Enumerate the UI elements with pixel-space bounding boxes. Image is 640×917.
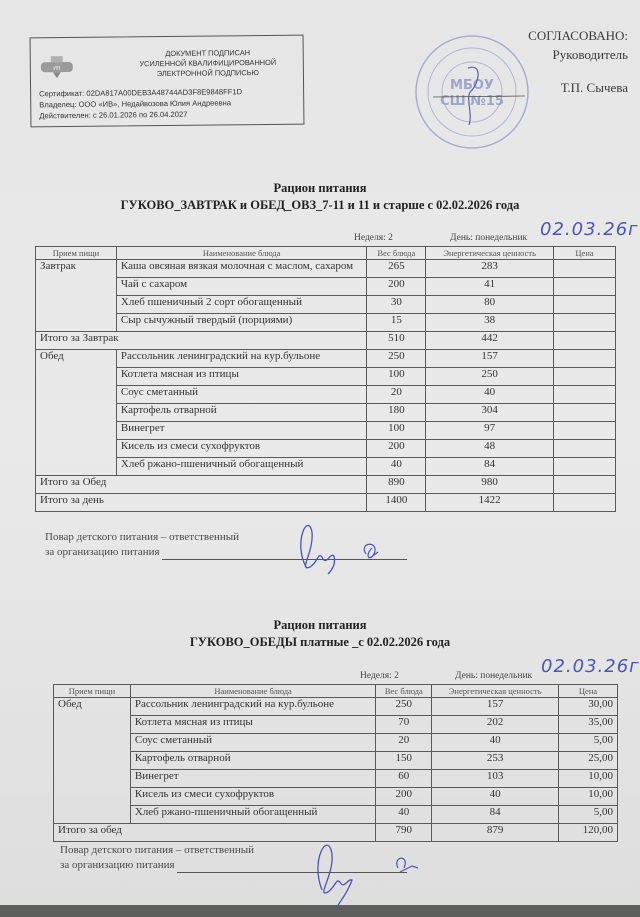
dish-energy: 304: [426, 404, 554, 422]
menu1-day: День: понедельник: [450, 233, 527, 243]
table-row: Картофель отварной180304: [36, 404, 616, 422]
approval-position: Руководитель: [528, 45, 628, 64]
day-total-row: Итого за день14001422: [36, 494, 616, 512]
column-header: Цена: [554, 247, 616, 260]
dish-price: [554, 368, 616, 386]
dish-name: Чай с сахаром: [116, 278, 366, 296]
day-total-energy: 1422: [426, 494, 554, 512]
table-row: Соус сметанный2040: [36, 386, 616, 404]
dish-name: Котлета мясная из птицы: [130, 716, 375, 734]
dish-weight: 70: [376, 716, 432, 734]
table-row: Сыр сычужный твердый (порциями)1538: [36, 314, 616, 332]
dish-name: Котлета мясная из птицы: [116, 368, 366, 386]
cook-title-continued: за организацию питания: [45, 546, 160, 558]
dish-energy: 202: [432, 716, 559, 734]
table-row: Хлеб пшеничный 2 сорт обогащенный3080: [36, 296, 616, 314]
table-row: Кисель из смеси сухофруктов2004010,00: [54, 788, 618, 806]
dish-name: Кисель из смеси сухофруктов: [116, 440, 366, 458]
table-row: Котлета мясная из птицы7020235,00: [54, 716, 618, 734]
dish-weight: 180: [367, 404, 426, 422]
dish-price: [554, 350, 616, 368]
total-price: [554, 476, 616, 494]
dish-energy: 84: [432, 806, 559, 824]
dish-weight: 20: [376, 734, 432, 752]
column-header: Прием пищи: [54, 685, 131, 698]
dish-weight: 200: [367, 278, 426, 296]
dish-price: 30,00: [559, 698, 618, 716]
electronic-signature-box: ИВ ДОКУМЕНТ ПОДПИСАН УСИЛЕННОЙ КВАЛИФИЦИ…: [30, 35, 305, 128]
dish-price: [554, 458, 616, 476]
menu2-subtitle: ГУКОВО_ОБЕДЫ платные _с 02.02.2026 года: [0, 634, 640, 650]
dish-price: 25,00: [559, 752, 618, 770]
dish-energy: 84: [426, 458, 554, 476]
dish-price: 10,00: [559, 788, 618, 806]
dish-energy: 283: [426, 260, 554, 278]
dish-energy: 157: [426, 350, 554, 368]
company-logo-icon: ИВ: [39, 54, 75, 80]
dish-price: 10,00: [559, 770, 618, 788]
certificate-validity: Действителен: с 26.01.2026 по 26.04.2027: [39, 108, 242, 121]
cook-signature-icon: [288, 512, 408, 582]
menu2-week: Неделя: 2: [360, 671, 399, 681]
dish-weight: 15: [367, 314, 426, 332]
table-row: Хлеб ржано-пшеничный обогащенный4084: [36, 458, 616, 476]
approval-name: Т.П. Сычева: [528, 78, 628, 97]
dish-name: Винегрет: [130, 770, 375, 788]
total-weight: 890: [367, 476, 426, 494]
dish-price: [554, 386, 616, 404]
menu1-handwritten-date: 02.03.26г: [540, 219, 639, 240]
dish-name: Картофель отварной: [116, 404, 366, 422]
menu1-subtitle: ГУКОВО_ЗАВТРАК и ОБЕД_ОВЗ_7-11 и 11 и ст…: [0, 197, 640, 213]
table-row: Кисель из смеси сухофруктов20048: [36, 440, 616, 458]
dish-weight: 40: [367, 458, 426, 476]
dish-energy: 40: [432, 734, 559, 752]
menu1-table: Прием пищиНаименование блюдаВес блюдаЭне…: [35, 246, 616, 512]
dish-price: 5,00: [559, 806, 618, 824]
dish-price: [554, 314, 616, 332]
day-total-label: Итого за день: [36, 494, 367, 512]
dish-price: [554, 422, 616, 440]
dish-weight: 265: [367, 260, 426, 278]
dish-name: Картофель отварной: [130, 752, 375, 770]
menu1-week: Неделя: 2: [354, 233, 393, 243]
total-price: 120,00: [559, 824, 618, 842]
dish-price: [554, 404, 616, 422]
approval-block: СОГЛАСОВАНО: Руководитель Т.П. Сычева: [528, 26, 628, 97]
table-row: Винегрет10097: [36, 422, 616, 440]
table-row: ОбедРассольник ленинградский на кур.буль…: [36, 350, 616, 368]
menu2-table: Прием пищиНаименование блюдаВес блюдаЭне…: [53, 684, 618, 842]
column-header: Энергетическая ценность: [426, 247, 554, 260]
meal-name: Обед: [36, 350, 117, 476]
dish-weight: 100: [367, 422, 426, 440]
table-header-row: Прием пищиНаименование блюдаВес блюдаЭне…: [54, 685, 618, 698]
total-row: Итого за Обед890980: [36, 476, 616, 494]
dish-weight: 250: [367, 350, 426, 368]
dish-energy: 97: [426, 422, 554, 440]
dish-energy: 40: [432, 788, 559, 806]
dish-name: Хлеб ржано-пшеничный обогащенный: [130, 806, 375, 824]
total-price: [554, 332, 616, 350]
total-weight: 510: [367, 332, 426, 350]
dish-energy: 48: [426, 440, 554, 458]
dish-weight: 30: [367, 296, 426, 314]
svg-text:ИВ: ИВ: [53, 66, 61, 72]
menu2-title: Рацион питания: [0, 617, 640, 633]
day-total-price: [554, 494, 616, 512]
dish-energy: 103: [432, 770, 559, 788]
table-row: Картофель отварной15025325,00: [54, 752, 618, 770]
column-header: Наименование блюда: [116, 247, 366, 260]
table-header-row: Прием пищиНаименование блюдаВес блюдаЭне…: [36, 247, 616, 260]
total-row: Итого за Завтрак510442: [36, 332, 616, 350]
table-row: Котлета мясная из птицы100250: [36, 368, 616, 386]
dish-weight: 150: [376, 752, 432, 770]
total-label: Итого за Обед: [36, 476, 367, 494]
dish-price: [554, 278, 616, 296]
dish-name: Сыр сычужный твердый (порциями): [116, 314, 366, 332]
dish-name: Хлеб пшеничный 2 сорт обогащенный: [116, 296, 366, 314]
dish-name: Каша овсяная вязкая молочная с маслом, с…: [116, 260, 366, 278]
dish-price: [554, 260, 616, 278]
approval-label: СОГЛАСОВАНО:: [528, 26, 628, 45]
dish-weight: 60: [376, 770, 432, 788]
dish-weight: 20: [367, 386, 426, 404]
table-row: ЗавтракКаша овсяная вязкая молочная с ма…: [36, 260, 616, 278]
day-total-weight: 1400: [367, 494, 426, 512]
table-row: Соус сметанный20405,00: [54, 734, 618, 752]
esignature-heading-line: ЭЛЕКТРОННОЙ ПОДПИСЬЮ: [123, 68, 293, 80]
table-row: Хлеб ржано-пшеничный обогащенный40845,00: [54, 806, 618, 824]
dish-weight: 250: [376, 698, 432, 716]
dish-weight: 40: [376, 806, 432, 824]
dish-weight: 200: [367, 440, 426, 458]
column-header: Цена: [559, 685, 618, 698]
menu2-handwritten-date: 02.03.26г.: [541, 656, 640, 677]
esignature-heading: ДОКУМЕНТ ПОДПИСАН УСИЛЕННОЙ КВАЛИФИЦИРОВ…: [123, 48, 293, 80]
dish-energy: 41: [426, 278, 554, 296]
cook-title-continued: за организацию питания: [60, 859, 175, 871]
dish-energy: 38: [426, 314, 554, 332]
meal-name: Завтрак: [36, 260, 117, 332]
official-stamp-icon: МБОУ СШ №15: [413, 33, 531, 151]
total-energy: 980: [426, 476, 554, 494]
column-header: Вес блюда: [376, 685, 432, 698]
table-row: Винегрет6010310,00: [54, 770, 618, 788]
total-energy: 879: [432, 824, 559, 842]
dish-name: Хлеб ржано-пшеничный обогащенный: [116, 458, 366, 476]
dish-name: Винегрет: [116, 422, 366, 440]
dish-energy: 80: [426, 296, 554, 314]
dish-price: 5,00: [559, 734, 618, 752]
table-row: ОбедРассольник ленинградский на кур.буль…: [54, 698, 618, 716]
cook-signature-icon: [300, 830, 450, 910]
column-header: Энергетическая ценность: [432, 685, 559, 698]
column-header: Наименование блюда: [130, 685, 375, 698]
dish-energy: 253: [432, 752, 559, 770]
column-header: Вес блюда: [367, 247, 426, 260]
dish-price: [554, 440, 616, 458]
meal-name: Обед: [54, 698, 131, 824]
dish-price: 35,00: [559, 716, 618, 734]
menu2-day: День: понедельник: [455, 671, 532, 681]
dish-name: Кисель из смеси сухофруктов: [130, 788, 375, 806]
total-energy: 442: [426, 332, 554, 350]
column-header: Прием пищи: [36, 247, 117, 260]
dish-weight: 100: [367, 368, 426, 386]
dish-price: [554, 296, 616, 314]
dish-energy: 250: [426, 368, 554, 386]
total-label: Итого за Завтрак: [36, 332, 367, 350]
dish-weight: 200: [376, 788, 432, 806]
dish-energy: 157: [432, 698, 559, 716]
dish-name: Рассольник ленинградский на кур.бульоне: [130, 698, 375, 716]
dish-name: Соус сметанный: [130, 734, 375, 752]
menu1-title: Рацион питания: [0, 180, 640, 196]
dish-name: Соус сметанный: [116, 386, 366, 404]
dish-name: Рассольник ленинградский на кур.бульоне: [116, 350, 366, 368]
dish-energy: 40: [426, 386, 554, 404]
table-row: Чай с сахаром20041: [36, 278, 616, 296]
